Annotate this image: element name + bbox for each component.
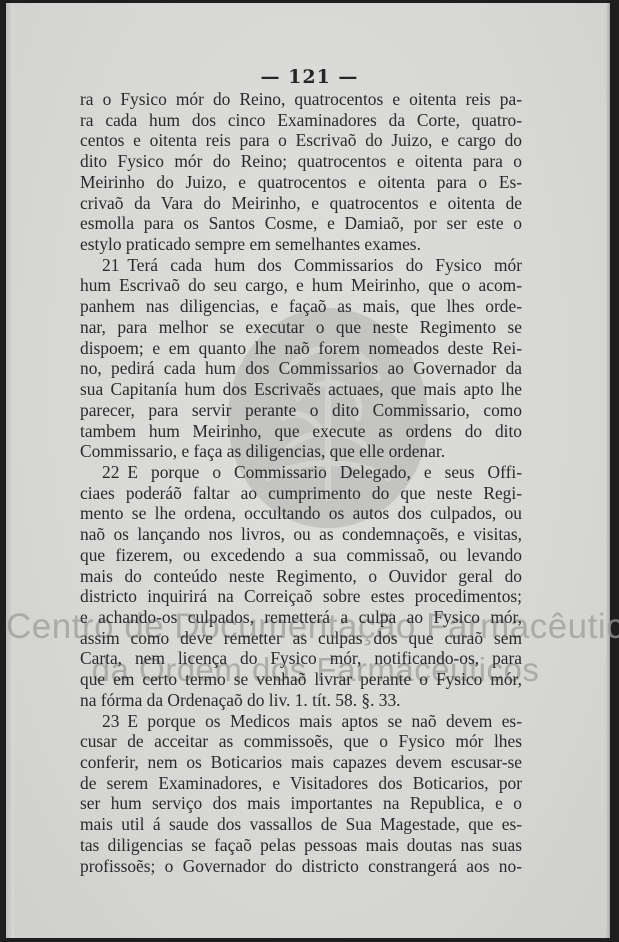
text-line: districto inquirirá na Correiçaõ sobre e… [80,586,522,607]
text-line: ra o Fysico mór do Reino, quatrocentos e… [80,89,522,110]
line-text: hum Escrivaõ do seu cargo, e hum Meirinh… [80,275,522,295]
page-gutter-shadow [6,3,14,938]
line-text: mais util á saude dos vassallos de Sua M… [80,814,522,834]
line-text: ra cada hum dos cinco Examinadores da Co… [80,110,522,130]
text-line: sua Capitanía hum dos Escrivaẽs actuaes,… [80,379,522,400]
text-line: parecer, para servir perante o dito Comm… [80,400,522,421]
line-text: dito Fysico mór do Reino; quatrocentos e… [80,151,522,171]
text-line: nar, para melhor se executar o que neste… [80,317,522,338]
line-text: esmolla para os Santos Cosme, e Damiaõ, … [80,213,522,233]
line-text: ciaes poderáõ faltar ao cumprimento do q… [80,483,522,503]
text-line: estylo praticado sempre em semelhantes e… [80,234,522,255]
text-line: Meirinho do Juizo, e quatrocentos e oite… [80,172,522,193]
text-line: profissoẽs; o Governador do districto co… [80,856,522,877]
line-text: Terá cada hum dos Commissarios do Fysico… [127,255,522,275]
text-line: tas diligencias se façaõ pelas pessoas m… [80,835,522,856]
text-line: que fizerem, ou excedendo a sua commissa… [80,545,522,566]
page-body-text: ra o Fysico mór do Reino, quatrocentos e… [80,89,522,876]
line-text: ser hum serviço dos mais importantes na … [80,793,522,813]
line-text: profissoẽs; o Governador do districto co… [80,856,522,876]
text-line: cusar de acceitar as commissoẽs, que o F… [80,731,522,752]
line-text: mento se lhe ordena, occultando os autos… [80,503,522,523]
line-text: assim como deve remetter as culpas dos q… [80,628,522,648]
paragraph-start-line: 23E porque os Medicos mais aptos se naõ … [80,711,522,732]
line-text: tambem hum Meirinho, que execute as orde… [80,421,522,441]
text-line: de serem Examinadores, e Visitadores dos… [80,773,522,794]
line-text: parecer, para servir perante o dito Comm… [80,400,522,420]
line-text: estylo praticado sempre em semelhantes e… [80,234,421,254]
text-line: crivaõ da Vara do Meirinho, e quatrocent… [80,193,522,214]
paragraph-start-line: 21Terá cada hum dos Commissarios do Fysi… [80,255,522,276]
line-text: E porque o Commissario Delegado, e seus … [127,462,522,482]
line-text: cusar de acceitar as commissoẽs, que o F… [80,731,522,751]
line-text: de serem Examinadores, e Visitadores dos… [80,773,522,793]
text-line: que em certo termo se venhaõ livrar pera… [80,669,522,690]
line-text: dispoem; e em quanto lhe naõ forem nomea… [80,338,522,358]
text-line: ser hum serviço dos mais importantes na … [80,793,522,814]
text-line: ciaes poderáõ faltar ao cumprimento do q… [80,483,522,504]
line-text: que em certo termo se venhaõ livrar pera… [80,669,522,689]
line-text: E porque os Medicos mais aptos se naõ de… [127,711,522,731]
text-line: ra cada hum dos cinco Examinadores da Co… [80,110,522,131]
line-text: e achando-os culpados, remetterá a culpa… [80,607,522,627]
line-text: nar, para melhor se executar o que neste… [80,317,522,337]
line-text: panhem nas diligencias, e façaõ as mais,… [80,296,522,316]
line-text: na fórma da Ordenaçaõ do liv. 1. tít. 58… [80,690,401,710]
page-number: — 121 — [0,66,619,88]
paragraph-number: 23 [102,711,119,731]
text-line: Commissario, e faça as diligencias, que … [80,441,522,462]
text-line: no, pedirá cada hum dos Commissarios ao … [80,358,522,379]
text-line: naõ os lançando nos livros, ou as condem… [80,524,522,545]
text-line: mais util á saude dos vassallos de Sua M… [80,814,522,835]
text-line: hum Escrivaõ do seu cargo, e hum Meirinh… [80,275,522,296]
line-text: Carta, nem licença do Fysico mór, notifi… [80,648,522,668]
text-line: mais do conteúdo neste Regimento, o Ouvi… [80,566,522,587]
text-line: na fórma da Ordenaçaõ do liv. 1. tít. 58… [80,690,522,711]
page-edge-shadow [606,3,610,938]
line-text: Commissario, e faça as diligencias, que … [80,441,445,461]
line-text: sua Capitanía hum dos Escrivaẽs actuaes,… [80,379,522,399]
line-text: mais do conteúdo neste Regimento, o Ouvi… [80,566,522,586]
line-text: que fizerem, ou excedendo a sua commissa… [80,545,522,565]
text-line: esmolla para os Santos Cosme, e Damiaõ, … [80,213,522,234]
paragraph-number: 22 [102,462,119,482]
text-line: e achando-os culpados, remetterá a culpa… [80,607,522,628]
line-text: Meirinho do Juizo, e quatrocentos e oite… [80,172,522,192]
text-line: assim como deve remetter as culpas dos q… [80,628,522,649]
text-line: conferir, nem os Boticarios mais capazes… [80,752,522,773]
line-text: crivaõ da Vara do Meirinho, e quatrocent… [80,193,522,213]
line-text: districto inquirirá na Correiçaõ sobre e… [80,586,522,606]
line-text: centos e oitenta reis para o Escrivaõ do… [80,130,522,150]
text-line: dispoem; e em quanto lhe naõ forem nomea… [80,338,522,359]
paragraph-start-line: 22E porque o Commissario Delegado, e seu… [80,462,522,483]
line-text: naõ os lançando nos livros, ou as condem… [80,524,522,544]
text-line: panhem nas diligencias, e façaõ as mais,… [80,296,522,317]
line-text: ra o Fysico mór do Reino, quatrocentos e… [80,89,522,109]
text-line: Carta, nem licença do Fysico mór, notifi… [80,648,522,669]
paragraph-number: 21 [102,255,119,275]
text-line: mento se lhe ordena, occultando os autos… [80,503,522,524]
text-line: tambem hum Meirinho, que execute as orde… [80,421,522,442]
line-text: no, pedirá cada hum dos Commissarios ao … [80,358,522,378]
line-text: tas diligencias se façaõ pelas pessoas m… [80,835,522,855]
text-line: centos e oitenta reis para o Escrivaõ do… [80,130,522,151]
text-line: dito Fysico mór do Reino; quatrocentos e… [80,151,522,172]
line-text: conferir, nem os Boticarios mais capazes… [80,752,522,772]
